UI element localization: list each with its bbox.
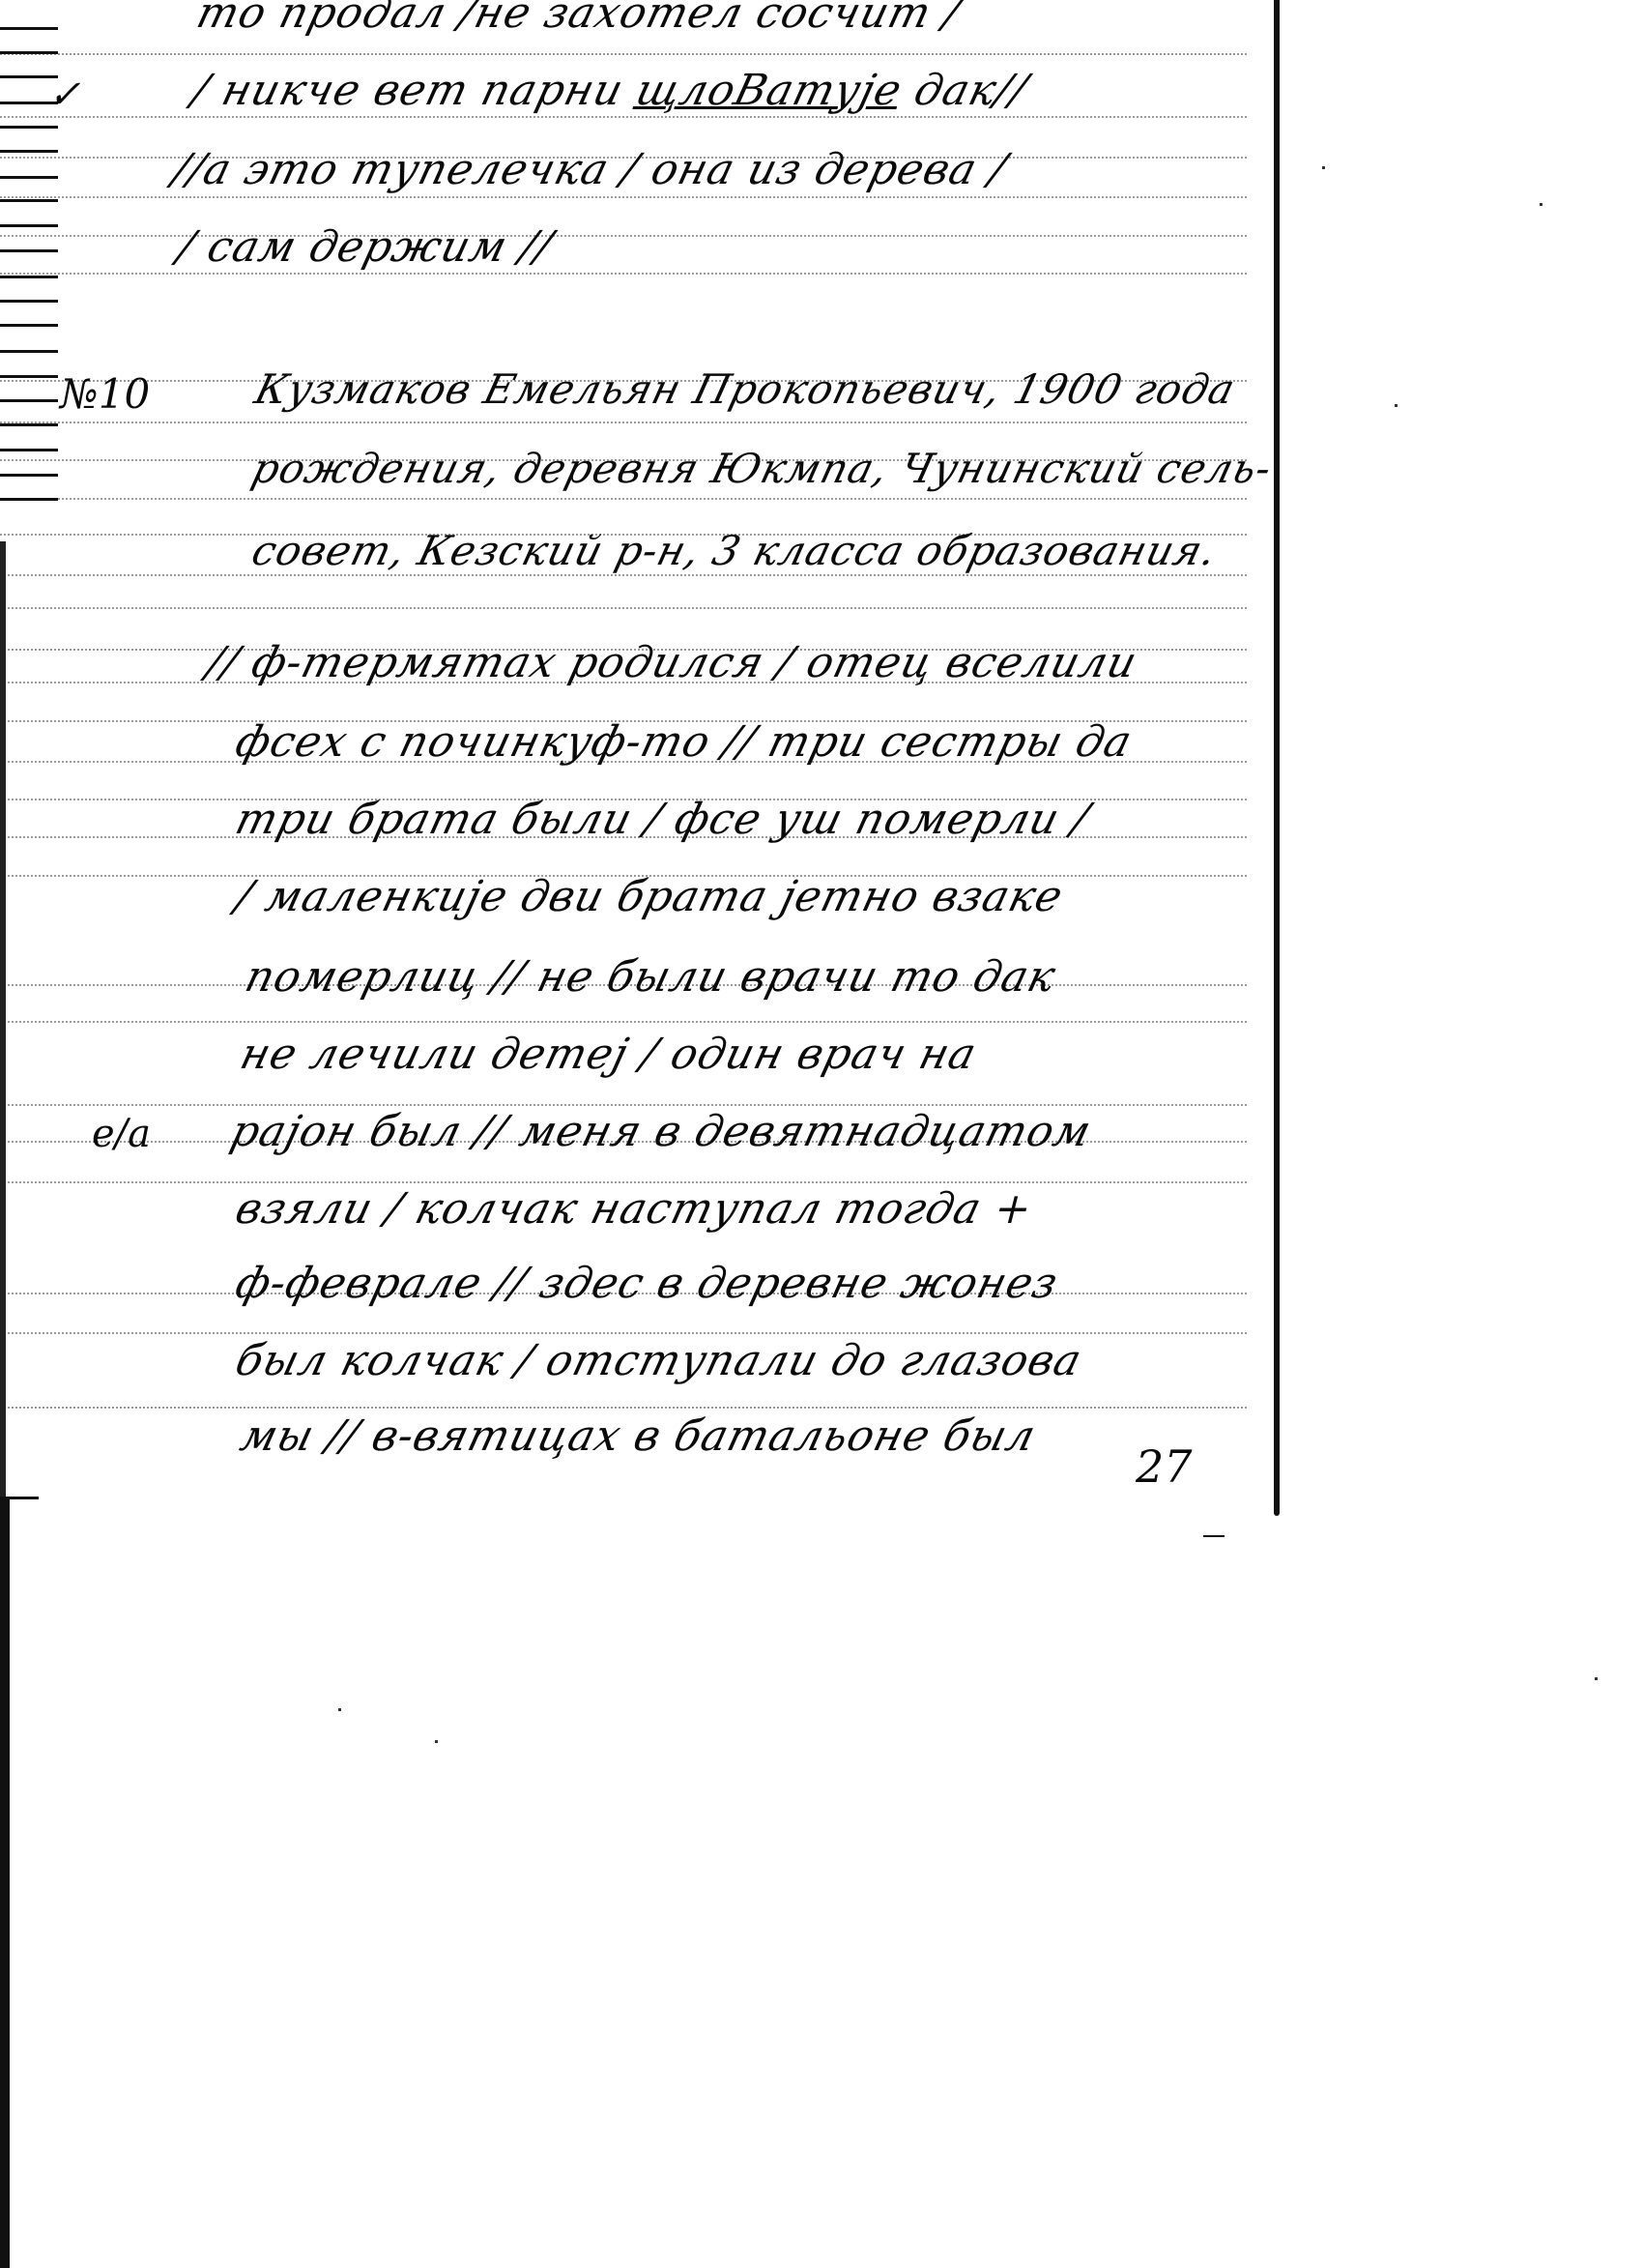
transcript-line: три брата были / фсе уш померли / bbox=[231, 795, 1095, 844]
ruled-line bbox=[0, 1332, 1247, 1334]
margin-tick bbox=[0, 350, 58, 353]
margin-tick bbox=[0, 176, 58, 179]
margin-tick bbox=[0, 224, 58, 227]
handwritten-line: / сам держим // bbox=[173, 222, 558, 272]
margin-tick bbox=[0, 375, 58, 378]
margin-tick bbox=[0, 474, 58, 477]
transcript-line: не лечили детеј / один врач на bbox=[236, 1030, 982, 1079]
ruled-line bbox=[0, 574, 1247, 576]
line-text: / никче вет парни bbox=[187, 66, 644, 115]
transcript-line: / маленкије дви брата јетно взаке bbox=[231, 872, 1069, 921]
margin-tick bbox=[0, 150, 58, 153]
ruled-line bbox=[0, 498, 1247, 500]
ruled-line bbox=[0, 1407, 1247, 1409]
speaker-header-line: рождения, деревня Юкмпа, Чунинский сель- bbox=[247, 445, 1278, 492]
transcript-line: померлиц // не были врачи то дак bbox=[241, 952, 1061, 1002]
transcript-line: мы // в-вятицах в батальоне был bbox=[236, 1411, 1041, 1461]
checkmark-icon: ✓ bbox=[48, 73, 81, 117]
underlined-word: щлоВатује bbox=[631, 66, 908, 115]
ruled-line bbox=[0, 1104, 1247, 1106]
transcript-line: ф-феврале // здес в деревне жонез bbox=[231, 1259, 1064, 1308]
scan-speck bbox=[1540, 203, 1542, 206]
page-left-edge bbox=[0, 541, 6, 1518]
scan-mark bbox=[1203, 1535, 1225, 1537]
transcript-line: рајон был // меня в девятнадцатом bbox=[226, 1107, 1097, 1156]
scan-speck bbox=[1595, 1677, 1598, 1680]
transcript-line: фсех с починкуф-то // три сестры да bbox=[231, 717, 1138, 767]
margin-annotation: е/а bbox=[92, 1112, 151, 1156]
margin-tick bbox=[0, 449, 58, 451]
margin-tick bbox=[0, 300, 58, 303]
ruled-line bbox=[0, 422, 1247, 423]
margin-tick bbox=[0, 27, 58, 30]
scan-speck bbox=[1322, 166, 1325, 169]
handwritten-line: / никче вет парни щлоВатује дак// bbox=[187, 66, 1033, 115]
margin-tick bbox=[0, 276, 58, 278]
speaker-header-line: совет, Кезский р-н, 3 класса образования… bbox=[247, 527, 1222, 574]
transcript-line: был колчак / отступали до глазова bbox=[231, 1336, 1087, 1385]
handwritten-line: //а это тупелечка / она из дерева / bbox=[168, 145, 1013, 194]
transcript-line: взяли / колчак наступал тогда + bbox=[231, 1184, 1038, 1234]
ruled-line bbox=[0, 1021, 1247, 1023]
margin-tick bbox=[0, 249, 58, 252]
ruled-line bbox=[0, 607, 1247, 609]
margin-tick bbox=[0, 324, 58, 327]
ruled-line bbox=[0, 1181, 1247, 1183]
ruled-line bbox=[0, 273, 1247, 275]
ruled-line bbox=[0, 116, 1247, 118]
page-number: 27 bbox=[1136, 1440, 1193, 1493]
margin-tick bbox=[0, 423, 58, 426]
transcript-line: // ф-термятах родился / отец вселили bbox=[202, 638, 1142, 687]
page-right-border bbox=[1274, 0, 1280, 1516]
margin-tick bbox=[0, 498, 58, 501]
margin-tick bbox=[0, 399, 58, 402]
notebook-page: то продал /не захотел сосчит / ✓ / никче… bbox=[0, 0, 1256, 1518]
ruled-line bbox=[0, 196, 1247, 198]
margin-tick bbox=[0, 51, 58, 54]
line-text-end: дак// bbox=[895, 66, 1033, 115]
scan-speck bbox=[435, 1740, 438, 1743]
scan-left-edge bbox=[0, 1498, 10, 2268]
margin-tick bbox=[0, 199, 58, 202]
margin-tick bbox=[0, 126, 58, 129]
handwritten-line: то продал /не захотел сосчит / bbox=[192, 0, 966, 38]
speaker-header-line: Кузмаков Емельян Прокопьевич, 1900 года bbox=[250, 365, 1240, 413]
scan-speck bbox=[338, 1708, 341, 1711]
ruled-line bbox=[0, 53, 1247, 55]
entry-number: №10 bbox=[60, 370, 150, 418]
scan-speck bbox=[1395, 404, 1398, 407]
